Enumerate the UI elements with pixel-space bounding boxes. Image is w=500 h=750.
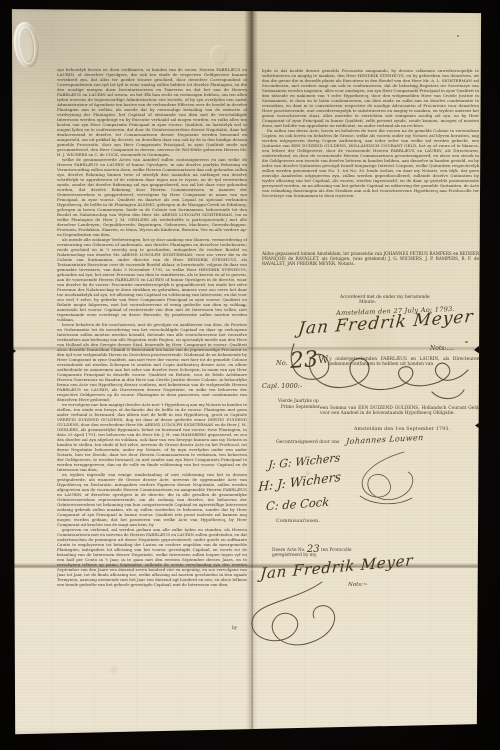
capital-amount: Capl. 1000:- (262, 382, 302, 390)
document-paper: zyn behoorlyk leeven en doen verklaaren,… (10, 8, 483, 735)
notary-title: Nots:.... (430, 345, 454, 352)
countersign-label: Gecontrasigneerd door ons (276, 440, 339, 445)
holder-signature: Johannes Louwen (346, 433, 424, 446)
edge-tear-right-lower (475, 422, 480, 429)
receipt-number: No. 23 (276, 351, 318, 370)
body-paragraph: en wyders ingevalle van eenige wanbetaal… (57, 472, 247, 527)
faint-stamp-icon (210, 45, 227, 65)
attestation-clause: Aldus gepasseerd binnen Amsteldam, ter p… (262, 251, 479, 267)
receipt-intro-text: y ondergeteekenden FABRLÆUS en LAURIN, a… (329, 357, 481, 367)
drop-cap: W (318, 357, 328, 366)
commissioner-signature: C: de Cock (266, 495, 330, 514)
signature-flourish (244, 576, 359, 658)
commissioners-title: Commissarissen. (276, 519, 320, 524)
body-paragraph: en vervolgens nae hun magtigt dezelve Ac… (57, 402, 247, 472)
sum-clause: een Somma van EEN DUIZEND GULDENS, Holla… (320, 406, 480, 416)
embossed-seal-icon (11, 20, 42, 69)
receipt-intro: Wy ondergeteekenden FABRLÆUS en LAURIN, … (318, 357, 481, 367)
body-paragraph: hyde te dat hoofde deezer gemelde Procur… (262, 68, 479, 128)
registration-number-handwritten: 23 (307, 544, 320, 555)
commissioner-signature: H: J: Wichers (258, 469, 341, 494)
number-label: No. (276, 359, 288, 367)
body-paragraph: welke de genummereerde Acten van Aandeel… (57, 157, 247, 237)
signature-flourish (340, 448, 440, 506)
registration-note: Deeze Acte No. 23 ten Protocolle geregis… (272, 548, 352, 558)
left-text-column: zyn behoorlyk leeven en doen verklaaren,… (57, 67, 247, 633)
body-paragraph: gegeeven en verleend, zal werden gedaan … (57, 527, 247, 587)
ink-speck (457, 35, 459, 37)
accord-note: Accordeerd met de onder my berustende Mi… (340, 295, 430, 306)
receipt-dateline: Amsteldam den 1en September 1793. (354, 427, 450, 432)
body-paragraph: zyn behoorlyk leeven en doen verklaaren,… (57, 67, 247, 157)
body-paragraph: En zullen van deeze Acte, boven en behal… (262, 128, 479, 198)
photograph-background: zyn behoorlyk leeven en doen verklaaren,… (0, 0, 500, 750)
interest-terms: Vierde Jaarlyks op Primo September. (278, 399, 321, 410)
catchword: by (232, 625, 237, 630)
number-value-handwritten: 23 (289, 350, 318, 371)
registration-notary-title: Nots:~ (348, 582, 368, 588)
right-text-column: hyde te dat hoofde deezer gemelde Procur… (262, 68, 479, 248)
body-paragraph: als meede alle zodanige Verbeteringen, h… (57, 237, 247, 322)
embossed-seal-ring (15, 25, 37, 65)
commissioner-signature: J: G: Wichers (268, 451, 341, 472)
body-paragraph: boven behalven de En-conclusieven, met d… (57, 322, 247, 402)
